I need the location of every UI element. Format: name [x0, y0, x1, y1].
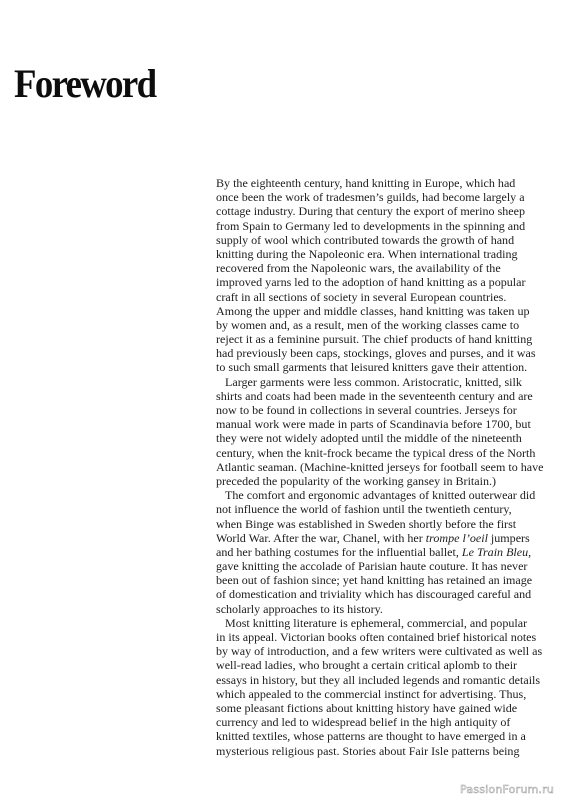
text-run: jumpers — [488, 531, 530, 545]
text-line: gave knitting the accolade of Parisian h… — [216, 559, 552, 573]
text-line: improved yarns led to the adoption of ha… — [216, 275, 552, 289]
text-line: essays in history, but they all included… — [216, 673, 552, 687]
text-line: manual work were made in parts of Scandi… — [216, 417, 552, 431]
text-run: and her bathing costumes for the influen… — [216, 545, 462, 559]
text-line: century, when the knit-frock became the … — [216, 446, 552, 460]
text-line: World War. After the war, Chanel, with h… — [216, 531, 552, 545]
text-line: of domestication and triviality which ha… — [216, 587, 552, 601]
text-line: knitted textiles, whose patterns are tho… — [216, 729, 552, 743]
text-line: scholarly approaches to its history. — [216, 602, 552, 616]
text-line: recovered from the Napoleonic wars, the … — [216, 261, 552, 275]
text-line: knitting during the Napoleonic era. When… — [216, 247, 552, 261]
italic-title: Le Train Bleu — [462, 545, 528, 559]
text-line: some pleasant fictions about knitting hi… — [216, 701, 552, 715]
foreword-body-text: By the eighteenth century, hand knitting… — [216, 176, 552, 758]
text-line: in its appeal. Victorian books often con… — [216, 630, 552, 644]
text-line: to such small garments that leisured kni… — [216, 360, 552, 374]
text-line: by way of introduction, and a few writer… — [216, 644, 552, 658]
text-line: now to be found in collections in severa… — [216, 403, 552, 417]
text-line: and her bathing costumes for the influen… — [216, 545, 552, 559]
page-title: Foreword — [14, 64, 155, 104]
italic-title: trompe l’oeil — [426, 531, 488, 545]
text-line: by women and, as a result, men of the wo… — [216, 318, 552, 332]
text-line: they were not widely adopted until the m… — [216, 431, 552, 445]
text-line: reject it as a feminine pursuit. The chi… — [216, 332, 552, 346]
text-line: Among the upper and middle classes, hand… — [216, 304, 552, 318]
text-line: craft in all sections of society in seve… — [216, 290, 552, 304]
text-line: cottage industry. During that century th… — [216, 204, 552, 218]
text-line: Larger garments were less common. Aristo… — [216, 375, 552, 389]
text-line: been out of fashion since; yet hand knit… — [216, 573, 552, 587]
text-run: World War. After the war, Chanel, with h… — [216, 531, 426, 545]
text-line: not influence the world of fashion until… — [216, 502, 552, 516]
text-line: Atlantic seaman. (Machine-knitted jersey… — [216, 460, 552, 474]
watermark: PassionForum.ru — [460, 783, 554, 796]
text-line: By the eighteenth century, hand knitting… — [216, 176, 552, 190]
text-line: currency and led to widespread belief in… — [216, 715, 552, 729]
text-line: preceded the popularity of the working g… — [216, 474, 552, 488]
text-line: supply of wool which contributed towards… — [216, 233, 552, 247]
text-line: shirts and coats had been made in the se… — [216, 389, 552, 403]
text-line: The comfort and ergonomic advantages of … — [216, 488, 552, 502]
text-run: , — [528, 545, 531, 559]
text-line: Most knitting literature is ephemeral, c… — [216, 616, 552, 630]
text-line: once been the work of tradesmen’s guilds… — [216, 190, 552, 204]
text-line: when Binge was established in Sweden sho… — [216, 517, 552, 531]
text-line: had previously been caps, stockings, glo… — [216, 346, 552, 360]
text-line: from Spain to Germany led to development… — [216, 219, 552, 233]
text-line: which appealed to the commercial instinc… — [216, 687, 552, 701]
text-line: well-read ladies, who brought a certain … — [216, 658, 552, 672]
text-line: mysterious religious past. Stories about… — [216, 744, 552, 758]
